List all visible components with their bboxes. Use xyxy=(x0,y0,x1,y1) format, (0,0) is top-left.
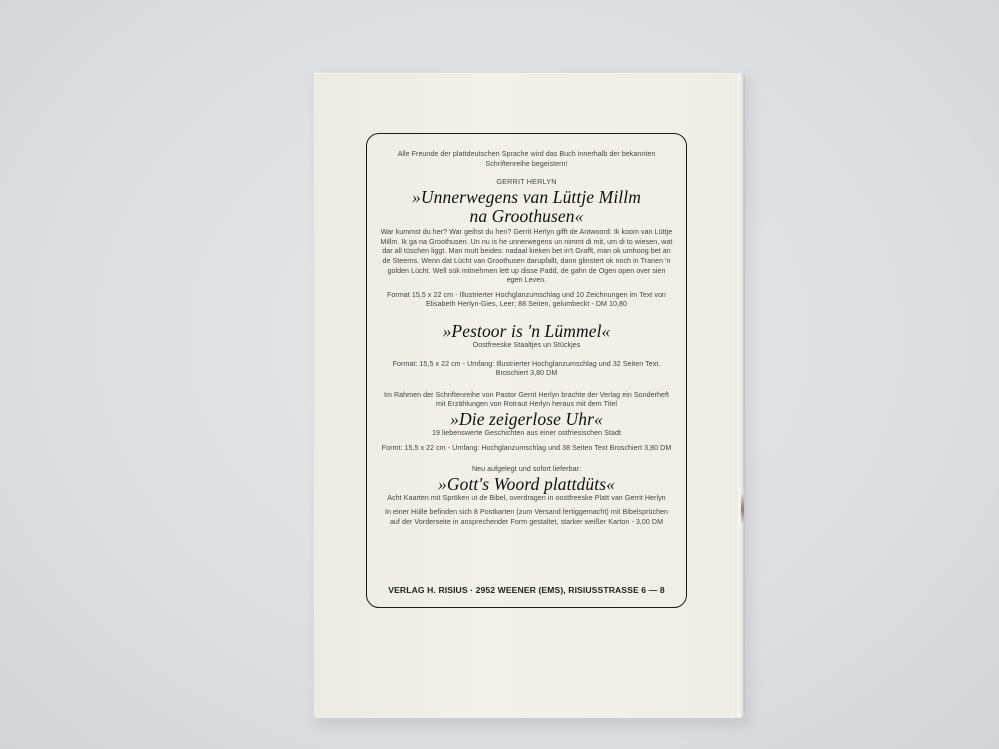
booklet-spine-edge xyxy=(735,73,745,718)
book1-format: Format 15,5 x 22 cm - Illustrierter Hoch… xyxy=(379,291,674,310)
edge-wear-mark xyxy=(741,494,744,524)
book4-title: »Gott's Woord plattdüts« xyxy=(379,475,674,494)
book3-lead-in: Im Rahmen der Schriftenreihe von Pastor … xyxy=(379,391,674,410)
book3-format: Formt: 15,5 x 22 cm - Umfang: Hochglanzu… xyxy=(379,444,674,454)
book1-title-line2: na Groothusen« xyxy=(379,207,674,226)
book2-title: »Pestoor is 'n Lümmel« xyxy=(379,322,674,341)
advertisement-frame: Alle Freunde der plattdeutschen Sprache … xyxy=(366,133,687,608)
book2-format: Format: 15,5 x 22 cm - Umfang: Illustrie… xyxy=(379,360,674,379)
book1-author: GERRIT HERLYN xyxy=(379,177,674,186)
book3-title: »Die zeigerlose Uhr« xyxy=(379,410,674,429)
book2-subtitle: Oostfreeske Staaltjes un Stückjes xyxy=(379,341,674,351)
book4-format: In einer Hülle befinden sich 8 Postkarte… xyxy=(379,508,674,527)
publisher-address: VERLAG H. RISIUS · 2952 WEENER (EMS), RI… xyxy=(367,585,686,595)
intro-text: Alle Freunde der plattdeutschen Sprache … xyxy=(379,150,674,169)
book4-subtitle: Acht Kaarten mit Spröken ut de Bibel, ov… xyxy=(379,494,674,504)
book3-subtitle: 19 liebenswerte Geschichten aus einer os… xyxy=(379,429,674,439)
book1-description: War kummst du her? War geihst du hen? Ge… xyxy=(379,228,674,286)
book1-title-line1: »Unnerwegens van Lüttje Millm xyxy=(379,188,674,207)
